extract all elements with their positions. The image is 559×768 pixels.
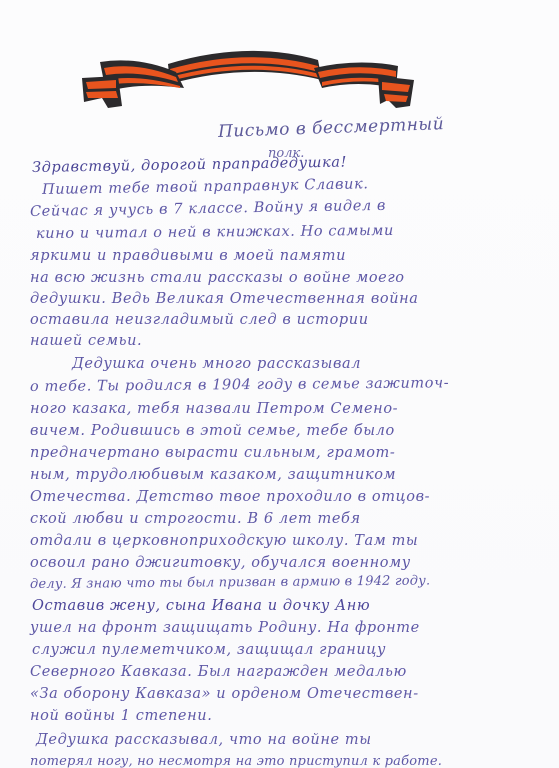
letter-line: служил пулеметчиком, защищал границу (32, 642, 386, 658)
letter-line: отдали в церковноприходскую школу. Там т… (30, 533, 418, 549)
letter-line: Здравствуй, дорогой прапрадедушка! (32, 155, 347, 176)
st-george-ribbon-illustration (78, 22, 418, 112)
letter-line: Сейчас я учусь в 7 классе. Войну я видел… (30, 198, 386, 220)
letter-line: Дедушка очень много рассказывал (72, 356, 361, 372)
letter-line: потерял ногу, но несмотря на это приступ… (30, 754, 442, 768)
letter-line: Дедушка рассказывал, что на войне ты (36, 732, 372, 748)
letter-line: «За оборону Кавказа» и орденом Отечестве… (30, 686, 419, 702)
letter-line: кино и читал о ней в книжках. Но самыми (36, 223, 394, 242)
letter-line: Северного Кавказа. Был награжден медалью (30, 664, 407, 680)
letter-title: Письмо в бессмертный (218, 114, 445, 142)
letter-line: делу. Я знаю что ты был призван в армию … (30, 574, 430, 592)
letter-line: оставила неизгладимый след в истории (30, 312, 369, 328)
letter-line: ного казака, тебя назвали Петром Семено- (30, 401, 398, 417)
letter-line: ской любви и строгости. В 6 лет тебя (30, 511, 361, 527)
letter-line: Оставив жену, сына Ивана и дочку Аню (32, 598, 370, 614)
letter-line: на всю жизнь стали рассказы о войне моег… (30, 270, 405, 286)
letter-line: ным, трудолюбивым казаком, защитником (30, 467, 396, 483)
letter-line: о тебе. Ты родился в 1904 году в семье з… (30, 375, 449, 395)
letter-line: предначертано вырасти сильным, грамот- (30, 445, 395, 461)
letter-line: Отечества. Детство твое проходило в отцо… (30, 489, 430, 505)
letter-line: яркими и правдивыми в моей памяти (30, 248, 346, 264)
letter-line: дедушки. Ведь Великая Отечественная войн… (30, 291, 419, 307)
letter-line: ушел на фронт защищать Родину. На фронте (30, 620, 420, 636)
letter-page: Письмо в бессмертный полк. Здравствуй, д… (0, 0, 559, 768)
letter-line: освоил рано джигитовку, обучался военном… (30, 555, 411, 571)
letter-line: вичем. Родившись в этой семье, тебе было (30, 423, 395, 439)
letter-line: Пишет тебе твой праправнук Славик. (42, 176, 369, 198)
letter-line: нашей семьи. (30, 333, 142, 349)
letter-line: ной войны 1 степени. (30, 708, 212, 724)
